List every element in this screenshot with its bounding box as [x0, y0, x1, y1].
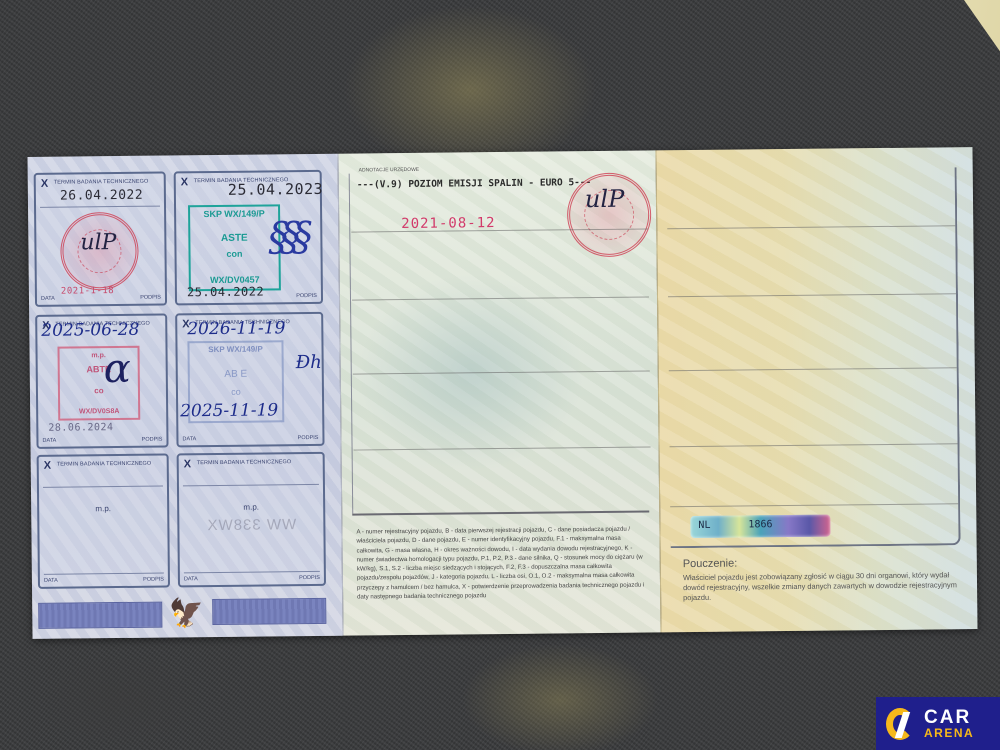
podpis-label: PODPIS — [140, 295, 161, 301]
official-signature: ulP — [585, 185, 625, 213]
diagnostician-id: WX/DV0457 — [191, 274, 279, 285]
hologram-number: 1866 — [748, 519, 772, 530]
security-band-left — [38, 602, 162, 629]
handwritten-date: 2026-11-19 — [187, 318, 285, 339]
data-label: DATA — [182, 436, 196, 442]
vehicle-registration-document: X TERMIN BADANIA TECHNICZNEGO 26.04.2022… — [28, 147, 978, 639]
x-mark: X — [184, 458, 191, 470]
seal-date: 2021-1-18 — [61, 286, 114, 297]
station-name: AB E — [190, 368, 282, 380]
x-mark: X — [181, 176, 188, 188]
handwritten-date: 2025-06-28 — [41, 320, 139, 341]
box-header: TERMIN BADANIA TECHNICZNEGO — [57, 461, 152, 468]
divider — [43, 486, 163, 488]
x-mark: X — [41, 178, 48, 190]
mp-label: m.p. — [39, 504, 167, 514]
inspection-panel: X TERMIN BADANIA TECHNICZNEGO 26.04.2022… — [28, 154, 343, 639]
frame-line — [349, 174, 354, 514]
divider — [40, 206, 160, 208]
podpis-label: PODPIS — [298, 435, 319, 441]
notice-panel: NL 1866 Pouczenie: Właściciel pojazdu je… — [655, 147, 977, 632]
annotation-line — [352, 296, 649, 300]
stamped-date: 25.04.2023 — [228, 180, 323, 199]
hologram-sticker: NL 1866 — [690, 515, 830, 538]
stamped-date: 26.04.2022 — [60, 188, 143, 204]
signature: ɑ — [103, 346, 130, 392]
signature: ulP — [80, 230, 116, 255]
hologram-prefix: NL — [698, 520, 710, 531]
divider — [183, 484, 319, 486]
mp-label: m.p. — [179, 502, 323, 513]
x-mark: X — [44, 460, 51, 472]
podpis-label: PODPIS — [142, 437, 163, 443]
car-arena-logo: CAR ARENA — [876, 697, 1000, 750]
station-code: SKP WX/149/P — [189, 344, 281, 354]
station-subtext: co — [190, 386, 282, 397]
data-label: DATA — [42, 438, 56, 444]
signature: Ɖh — [296, 352, 322, 373]
box-header: TERMIN BADANIA TECHNICZNEGO — [197, 459, 292, 466]
annotation-line — [354, 446, 651, 450]
data-label: DATA — [41, 296, 55, 302]
emission-level-entry: ---(V.9) POZIOM EMISJI SPALIN - EURO 5--… — [357, 177, 592, 190]
field-legend: A - numer rejestracyjny pojazdu, B - dat… — [356, 525, 647, 602]
inspection-box-3: X TERMIN BADANIA TECHNICZNEGO 2025-06-28… — [35, 314, 168, 449]
station-subtext: con — [190, 248, 278, 259]
official-annotations-panel: ADNOTACJE URZĘDOWE ---(V.9) POZIOM EMISJ… — [337, 150, 660, 635]
annotation-frame — [667, 167, 961, 548]
diagnostician-id: WX/DV0S8A — [60, 408, 138, 416]
podpis-label: PODPIS — [296, 293, 317, 299]
podpis-label: PODPIS — [299, 575, 320, 581]
signature-scribble: §§§ — [268, 214, 304, 260]
box-header: TERMIN BADANIA TECHNICZNEGO — [54, 179, 149, 186]
divider — [44, 573, 164, 575]
handwritten-inspection-date: 2025-11-19 — [180, 400, 278, 421]
legend-frame — [352, 510, 649, 515]
logo-line-2: ARENA — [924, 727, 974, 739]
inspection-box-6: X TERMIN BADANIA TECHNICZNEGO m.p. WW 33… — [177, 452, 326, 588]
polish-eagle-emblem-icon: 🦅 — [168, 595, 204, 631]
notice-body: Właściciel pojazdu jest zobowiązany zgło… — [683, 570, 963, 603]
podpis-label: PODPIS — [143, 577, 164, 583]
car-arena-mark-icon — [886, 708, 914, 740]
annotations-caption: ADNOTACJE URZĘDOWE — [359, 167, 420, 174]
inspection-box-2: X TERMIN BADANIA TECHNICZNEGO 25.04.2023… — [174, 170, 323, 306]
security-band-right — [212, 598, 326, 625]
inspection-station-stamp: SKP WX/149/P ASTE con WX/DV0457 — [188, 204, 281, 291]
mirrored-bleed-text: WW 338WX — [179, 516, 323, 535]
background-paper-corner: D — [950, 0, 1000, 70]
inspection-date: 25.04.2022 — [187, 284, 264, 299]
data-label: DATA — [184, 576, 198, 582]
inspection-box-4: X TERMIN BADANIA TECHNICZNEGO 2026-11-19… — [175, 312, 324, 448]
inspection-box-1: X TERMIN BADANIA TECHNICZNEGO 26.04.2022… — [34, 172, 167, 307]
annotation-line — [353, 370, 650, 374]
divider — [184, 571, 320, 573]
notice-title: Pouczenie: — [683, 558, 738, 571]
inspection-date: 28.06.2024 — [48, 422, 113, 434]
inspection-box-5: X TERMIN BADANIA TECHNICZNEGO m.p. DATA … — [37, 453, 170, 588]
data-label: DATA — [44, 578, 58, 584]
logo-line-1: CAR — [924, 708, 974, 727]
station-code: SKP WX/149/P — [190, 208, 278, 219]
station-name: ASTE — [190, 232, 278, 244]
